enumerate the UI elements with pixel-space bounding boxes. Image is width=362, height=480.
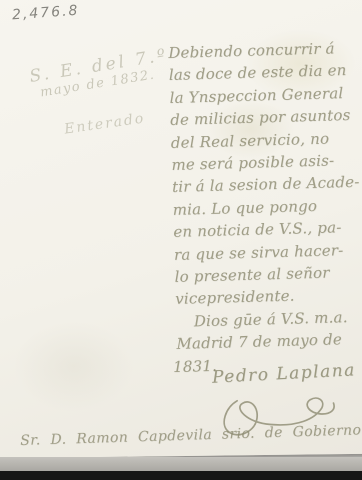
letter-content: 2,476.8 S. E. del 7.º mayo de 1832. Ente… [0,0,362,480]
margin-note: S. E. del 7.º mayo de 1832. [28,45,172,101]
scanned-letter: 2,476.8 S. E. del 7.º mayo de 1832. Ente… [0,0,362,480]
archival-number: 2,476.8 [12,3,80,24]
scan-bottom-shadow [0,457,362,471]
margin-note-annotation: Enterado [63,110,146,137]
letter-body: Debiendo concurrir á las doce de este di… [168,37,362,378]
address-line: Sr. D. Ramon Capdevila srio. de Gobierno… [20,422,360,449]
scan-edge-band [0,471,362,480]
